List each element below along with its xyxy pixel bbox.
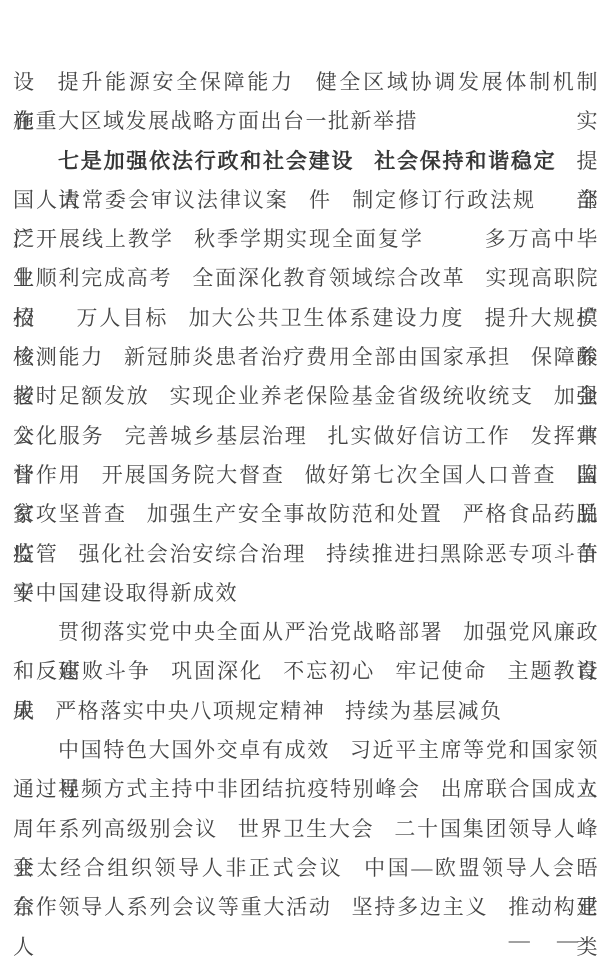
text-line: 通过视频方式主持中非团结抗疫特别峰会 出席联合国成立: [13, 770, 599, 809]
text-line: 七是加强依法行政和社会建设 社会保持和谐稳定 提请全: [13, 142, 599, 181]
text-line: 检测能力 新冠肺炎患者治疗费用全部由国家承担 保障养老金: [13, 338, 599, 377]
text-line: 周年系列高级别会议 世界卫生大会 二十国集团领导人峰会: [13, 810, 599, 849]
text-segment: 施重大区域发展战略方面出台一批新举措: [13, 109, 418, 133]
text-line: 果 严格落实中央八项规定精神 持续为基层减负: [13, 692, 599, 731]
text-line: 和反腐败斗争 巩固深化 不忘初心 牢记使命 主题教育成: [13, 652, 599, 691]
text-segment: 安中国建设取得新成效: [13, 581, 238, 605]
text-segment: 果 严格落实中央八项规定精神 持续为基层减负: [13, 699, 503, 723]
text-line: 文化服务 完善城乡基层治理 扎实做好信访工作 发挥审计监: [13, 417, 599, 456]
text-line: 中国特色大国外交卓有成效 习近平主席等党和国家领导人: [13, 731, 599, 770]
text-line: 招 万人目标 加大公共卫生体系建设力度 提升大规模核酸: [13, 299, 599, 338]
text-line: 安中国建设取得新成效: [13, 574, 599, 613]
text-segment: 通过视频方式主持中非团结抗疫特别峰会 出席联合国成立: [13, 777, 599, 801]
text-line: 督作用 开展国务院大督查 做好第七次全国人口普查 国家脱: [13, 456, 599, 495]
text-line: 泛开展线上教学 秋季学期实现全面复学 多万高中毕业: [13, 220, 599, 259]
page-footer: — —: [509, 921, 578, 960]
document-body: 设 提升能源安全保障能力 健全区域协调发展体制机制 在实施重大区域发展战略方面出…: [13, 63, 599, 928]
text-line: 按时足额发放 实现企业养老保险基金省级统收统支 加强公共: [13, 377, 599, 416]
text-line: 贯彻落实党中央全面从严治党战略部署 加强党风廉政建设: [13, 613, 599, 652]
document-page: { "page": { "background": "#ffffff", "te…: [0, 0, 613, 962]
text-line: 亚太经合组织领导人非正式会议 中国—欧盟领导人会晤 东亚: [13, 849, 599, 888]
page-number-dash-right: —: [557, 921, 578, 960]
text-line: 国人大常委会审议法律议案 件 制定修订行政法规 部 广: [13, 181, 599, 220]
text-line: 贫攻坚普查 加强生产安全事故防范和处置 严格食品药品疫苗: [13, 495, 599, 534]
page-number-dash-left: —: [509, 921, 530, 960]
text-line: 监管 强化社会治安综合治理 持续推进扫黑除恶专项斗争 平: [13, 535, 599, 574]
bold-text-segment: 七是加强依法行政和社会建设 社会保持和谐稳定: [58, 149, 556, 173]
text-line: 生顺利完成高考 全面深化教育领域综合改革 实现高职院校扩: [13, 259, 599, 298]
text-line: 设 提升能源安全保障能力 健全区域协调发展体制机制 在实: [13, 63, 599, 102]
